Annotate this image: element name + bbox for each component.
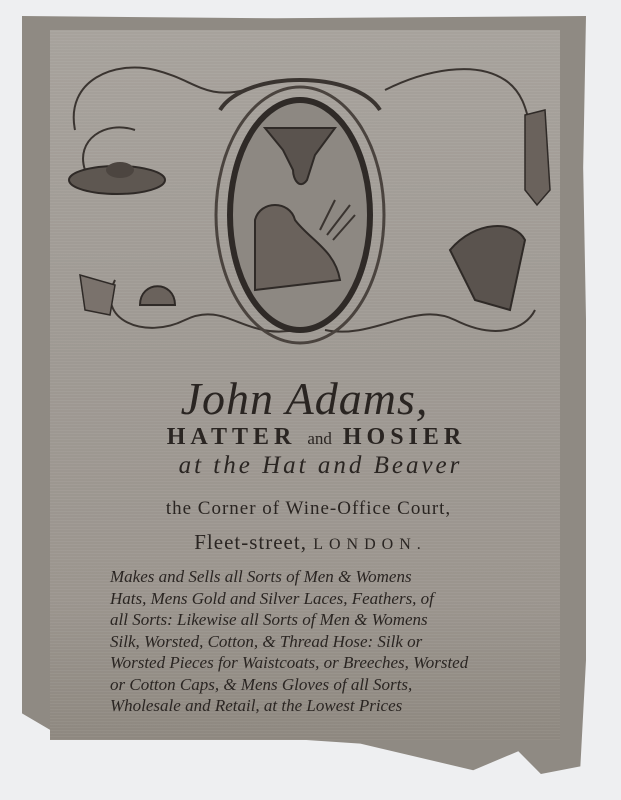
tricorn-hat-icon: [450, 226, 525, 310]
description-line: Worsted Pieces for Waistcoats, or Breech…: [110, 652, 540, 674]
description-line: Wholesale and Retail, at the Lowest Pric…: [110, 695, 540, 717]
description-line: Silk, Worsted, Cotton, & Thread Hose: Si…: [110, 631, 540, 653]
shop-sign-line: at the Hat and Beaver: [10, 452, 621, 480]
stocking-icon: [525, 110, 550, 205]
proprietor-name: John Adams,: [0, 372, 615, 425]
address-line-2: Fleet-street, LONDON.: [0, 530, 621, 555]
address-line-1: the Corner of Wine-Office Court,: [0, 498, 619, 520]
cartouche-frame: [216, 80, 384, 343]
description-line: Makes and Sells all Sorts of Men & Women…: [110, 566, 540, 588]
cap-icon: [140, 286, 175, 305]
street: Fleet-street,: [194, 530, 307, 554]
trade-line: HATTER and HOSIER: [6, 424, 621, 451]
trade-hatter: HATTER: [167, 424, 297, 450]
city: LONDON.: [313, 536, 427, 553]
description-line: Hats, Mens Gold and Silver Laces, Feathe…: [110, 588, 540, 610]
trade-connector: and: [307, 429, 332, 448]
description-line: all Sorts: Likewise all Sorts of Men & W…: [110, 609, 540, 631]
trade-hosier: HOSIER: [343, 424, 466, 450]
description-line: or Cotton Caps, & Mens Gloves of all Sor…: [110, 674, 540, 696]
description-block: Makes and Sells all Sorts of Men & Women…: [110, 566, 540, 717]
rococo-engraving: [55, 40, 565, 360]
gloves-icon: [80, 275, 115, 315]
